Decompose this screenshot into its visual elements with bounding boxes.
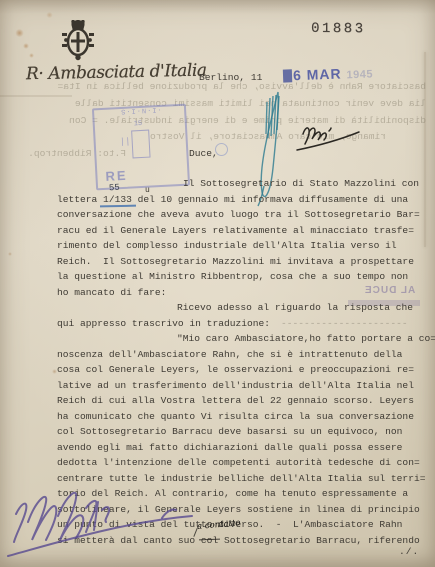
typed-line: col Sottosegretario Barracu deve basarsi… (57, 424, 431, 440)
date-received-stamp: 6 MAR 1945 (283, 64, 373, 83)
stamp-day: 6 (293, 67, 302, 83)
foxing-spot (15, 29, 24, 37)
stamp-year: 1945 (346, 68, 373, 81)
salutation: Duce, (189, 148, 218, 159)
continuation-mark: ./. (399, 546, 419, 557)
typed-line: racu ed il Generale Layers relativamente… (57, 223, 431, 239)
typed-line: conversazione che aveva avuto luogo tra … (57, 207, 431, 223)
foxing-spot (23, 43, 29, 49)
pmi-initials-mark (295, 118, 373, 156)
typed-line: Ricevo adesso al riguardo la risposta ch… (57, 300, 431, 316)
letter-page: basciatore Rahn è dell'avviso, che la pr… (0, 0, 435, 567)
typed-dashes: ---------------------- (281, 318, 408, 329)
foxing-spot (8, 252, 12, 256)
typed-line: rimento del complesso industriale dell'A… (57, 238, 431, 254)
typed-line: la questione al Ministro Ribbentrop, cos… (57, 269, 431, 285)
typed-line: ha comunicato che quanto Vi risulta circ… (57, 409, 431, 425)
registry-stamp-inner-box (131, 130, 150, 159)
purple-archival-scribble (2, 478, 207, 566)
foxing-spot (29, 53, 34, 58)
serial-number-stamp: 01883 (311, 21, 366, 38)
typed-line: lative ad un trasferimento dell'industri… (57, 378, 431, 394)
handwritten-55: 55 (109, 183, 120, 194)
savoy-crest-emblem (59, 20, 97, 62)
typed-line: avendo egli mai fatto dichiarazioni dall… (57, 440, 431, 456)
foxing-spot (46, 12, 53, 18)
typed-line: "Mio caro Ambasciatore,ho fatto portare … (57, 331, 431, 347)
typed-line: cosa col Generale Leyers, le osservazion… (57, 362, 431, 378)
registry-stamp-number: 15 (134, 120, 143, 128)
typed-line: noscenza dell'Ambasciatore Rahn, che si … (57, 347, 431, 363)
typed-line: Reich di cui alla Vostra lettera del 22 … (57, 393, 431, 409)
stamp-month: MAR (306, 66, 341, 83)
typed-line: dedotta l'intenzione delle competenti au… (57, 455, 431, 471)
bleedthrough-line: lia deve venir continuata nei limiti mas… (10, 96, 426, 113)
typed-line: Reich. Il Sottosegretario Mazzolini mi i… (57, 254, 431, 270)
registry-stamp-top-text: ·I·N·I·S (120, 105, 162, 115)
handwritten-mark-over-10: u (145, 186, 150, 195)
typed-line: ho mancato di fare: (57, 285, 431, 301)
typed-dateline: Berlino, 11 (199, 72, 262, 83)
registry-stamp-bars: || (119, 137, 130, 148)
stamp-smudge (283, 69, 292, 82)
ink-circle-mark (215, 143, 228, 156)
